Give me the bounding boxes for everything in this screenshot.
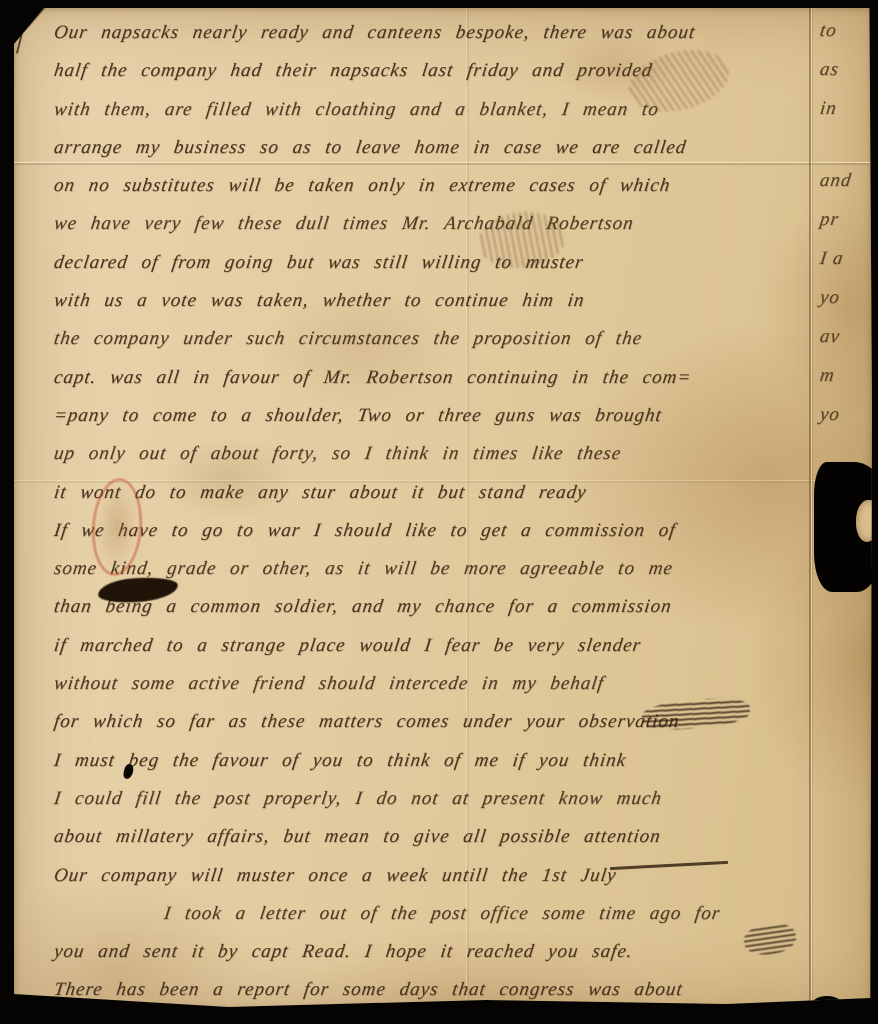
handwritten-line: up only out of about forty, so I think i… xyxy=(51,435,804,473)
handwritten-fragment: I a xyxy=(817,239,878,278)
handwritten-line: you and sent it by capt Read. I hope it … xyxy=(51,933,804,971)
letter-page: Our napsacks nearly ready and canteens b… xyxy=(14,8,872,1010)
handwritten-line: we have very few these dull times Mr. Ar… xyxy=(51,205,804,243)
handwritten-line: =pany to come to a shoulder, Two or thre… xyxy=(51,397,804,435)
handwritten-line: Our napsacks nearly ready and canteens b… xyxy=(51,14,804,52)
handwritten-line: on no substitutes will be taken only in … xyxy=(51,167,804,205)
handwritten-line: I could fill the post properly, I do not… xyxy=(51,780,804,818)
adjacent-page-text: toasinandprI ayoavmyo xyxy=(820,11,878,434)
scanned-letter: Our napsacks nearly ready and canteens b… xyxy=(0,0,878,1024)
handwritten-fragment: yo xyxy=(817,278,878,317)
handwritten-line: if marched to a strange place would I fe… xyxy=(51,627,804,665)
handwritten-line: without some active friend should interc… xyxy=(51,665,804,703)
handwritten-line: I must beg the favour of you to think of… xyxy=(51,742,804,780)
handwritten-fragment: av xyxy=(817,317,878,356)
handwritten-fragment: pr xyxy=(817,200,878,239)
handwritten-fragment: m xyxy=(817,356,878,395)
page-fold-line xyxy=(809,8,813,1010)
handwritten-line: There has been a report for some days th… xyxy=(51,971,804,1009)
handwritten-fragment: in xyxy=(817,89,878,128)
handwritten-line: it wont do to make any stur about it but… xyxy=(51,474,804,512)
handwritten-line: If we have to go to war I should like to… xyxy=(51,512,804,550)
handwritten-line: about millatery affairs, but mean to giv… xyxy=(51,818,804,856)
handwritten-line: arrange my business so as to leave home … xyxy=(51,129,804,167)
handwritten-fragment: and xyxy=(817,161,878,200)
handwritten-fragment: to xyxy=(817,11,878,50)
handwritten-line: with us a vote was taken, whether to con… xyxy=(51,282,804,320)
handwritten-line: declared of from going but was still wil… xyxy=(51,244,804,282)
handwritten-line: I took a letter out of the post office s… xyxy=(51,895,804,933)
handwritten-line: the company under such circumstances the… xyxy=(51,320,804,358)
handwritten-fragment: as xyxy=(817,50,878,89)
handwritten-line: capt. was all in favour of Mr. Robertson… xyxy=(51,359,804,397)
letter-body: Our napsacks nearly ready and canteens b… xyxy=(54,14,802,1010)
torn-notch xyxy=(812,996,842,1012)
torn-hole xyxy=(814,462,878,592)
handwritten-fragment: yo xyxy=(817,395,878,434)
paper-remnant xyxy=(856,500,878,542)
